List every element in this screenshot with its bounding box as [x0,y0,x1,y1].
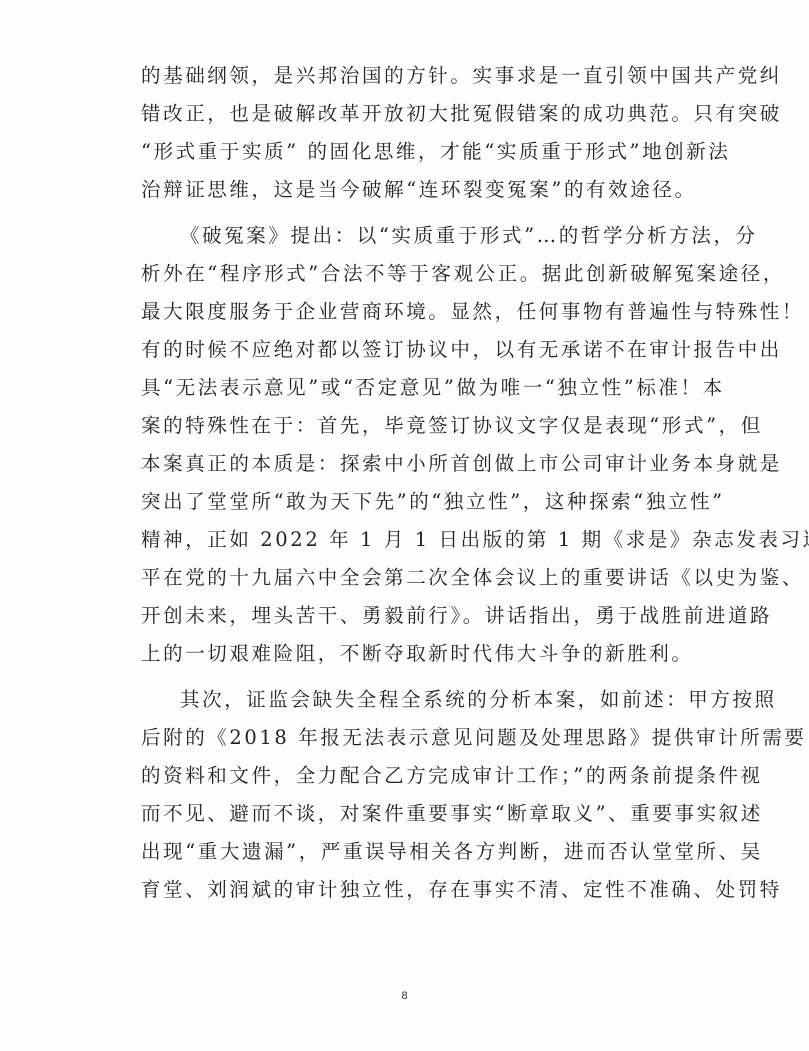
text-line: 精神，正如 2022 年 1 月 1 日出版的第 1 期《求是》杂志发表习近 [141,525,681,555]
text-line: 析外在“程序形式”合法不等于客观公正。据此创新破解冤案途径， [141,259,681,289]
text-line: 的基础纲领，是兴邦治国的方针。实事求是一直引领中国共产党纠 [141,61,681,91]
text-line: 开创未来，埋头苦干、勇毅前行》。讲话指出，勇于战胜前进道路 [141,601,681,631]
text-line: 的资料和文件，全力配合乙方完成审计工作；”的两条前提条件视 [141,761,681,791]
text-line: 后附的《2018 年报无法表示意见问题及处理思路》提供审计所需要 [141,723,681,753]
text-line: 而不见、避而不谈，对案件重要事实“断章取义”、重要事实叙述 [141,799,681,829]
text-line: 治辩证思维，这是当今破解“连环裂变冤案”的有效途径。 [141,175,681,205]
text-line: 有的时候不应绝对都以签订协议中，以有无承诺不在审计报告中出 [141,335,681,365]
page-number: 8 [0,990,809,1002]
text-line: 上的一切艰难险阻，不断夺取新时代伟大斗争的新胜利。 [141,639,681,669]
text-line: “形式重于实质” 的固化思维，才能“实质重于形式”地创新法 [141,137,681,167]
text-line: 育堂、刘润斌的审计独立性，存在事实不清、定性不准确、处罚特 [141,875,681,905]
text-line: 突出了堂堂所“敢为天下先”的“独立性”，这种探索“独立性” [141,487,681,517]
text-line: 案的特殊性在于：首先，毕竟签订协议文字仅是表现“形式”，但 [141,411,681,441]
text-line: 《破冤案》提出：以“实质重于形式”…的哲学分析方法，分 [180,221,681,251]
text-line: 平在党的十九届六中全会第二次全体会议上的重要讲话《以史为鉴、 [141,563,681,593]
text-line: 最大限度服务于企业营商环境。显然，任何事物有普遍性与特殊性！ [141,297,681,327]
text-line: 错改正，也是破解改革开放初大批冤假错案的成功典范。只有突破 [141,99,681,129]
text-line: 出现“重大遗漏”，严重误导相关各方判断，进而否认堂堂所、吴 [141,837,681,867]
text-line: 其次，证监会缺失全程全系统的分析本案，如前述：甲方按照 [180,685,681,715]
text-line: 本案真正的本质是：探索中小所首创做上市公司审计业务本身就是 [141,449,681,479]
text-line: 具“无法表示意见”或“否定意见”做为唯一“独立性”标准！本 [141,373,681,403]
document-page: 的基础纲领，是兴邦治国的方针。实事求是一直引领中国共产党纠 错改正，也是破解改革… [0,0,809,1051]
